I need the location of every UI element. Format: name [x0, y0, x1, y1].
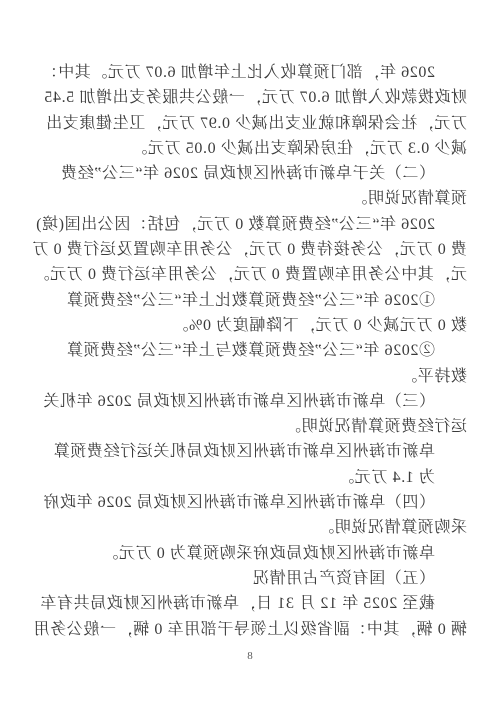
text-line: 2026 年“三公”经费预算数 0 万元，包括：因公出国(境)	[30, 212, 467, 237]
text-line: 运行经费预算情况说明。	[30, 414, 467, 439]
document-text-block: 2026 年，部门预算收入比上年增加 6.07 万元。其中：财政拨款收入增加 6…	[30, 60, 467, 642]
mirrored-page-content: 2026 年，部门预算收入比上年增加 6.07 万元。其中：财政拨款收入增加 6…	[0, 0, 500, 707]
text-line: 元，其中公务用车购置费 0 万元，公务用车运行费 0 万元。	[30, 262, 467, 287]
text-line: 阜新市海州区阜新市海州区财政局机关运行经费预算	[30, 439, 467, 464]
text-line: 采购预算情况说明。	[30, 515, 467, 540]
scanned-document-page: 2026 年，部门预算收入比上年增加 6.07 万元。其中：财政拨款收入增加 6…	[0, 0, 500, 707]
text-line: 2026 年，部门预算收入比上年增加 6.07 万元。其中：	[30, 60, 467, 85]
text-line: 减少 0.3 万元，住房保障支出减少 0.05 万元。	[30, 136, 467, 161]
text-line: 万元，社会保障和就业支出减少 0.97 万元，卫生健康支出	[30, 111, 467, 136]
text-line: （五）国有资产占用情况	[30, 566, 467, 591]
text-line: ①2026 年“三公”经费预算数比上年“三公”经费预算	[30, 288, 467, 313]
text-line: 数持平。	[30, 364, 467, 389]
text-line: 费 0 万元，公务接待费 0 万元，公务用车购置及运行费 0 万	[30, 237, 467, 262]
text-line: （三）阜新市海州区阜新市海州区财政局 2026 年机关	[30, 389, 467, 414]
text-line: 数 0 万元减少 0 万元，下降幅度为 0%。	[30, 313, 467, 338]
text-line: 截至 2025 年 12 月 31 日，阜新市海州区财政局共有车	[30, 591, 467, 616]
text-line: 预算情况说明。	[30, 186, 467, 211]
text-line: 为 1.4 万元。	[30, 465, 467, 490]
text-line: （四）阜新市海州区阜新市海州区财政局 2026 年政府	[30, 490, 467, 515]
page-number: 8	[0, 650, 500, 662]
text-line: （二）关于阜新市海州区财政局 2026 年“三公”经费	[30, 161, 467, 186]
text-line: 财政拨款收入增加 6.07 万元，一般公共服务支出增加 5.45	[30, 85, 467, 110]
text-line: 阜新市海州区财政局政府采购预算为 0 万元。	[30, 541, 467, 566]
text-line: ②2026 年“三公”经费预算数与上年“三公”经费预算	[30, 338, 467, 363]
text-line: 辆 0 辆，其中：副省级以上领导干部用车 0 辆，一般公务用	[30, 617, 467, 642]
